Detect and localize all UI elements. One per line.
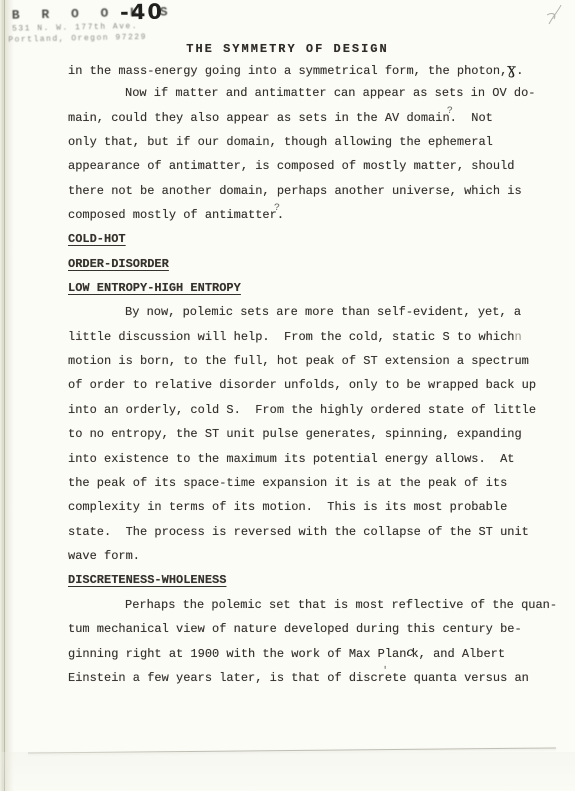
- typed-text: wave form.: [68, 549, 140, 563]
- pencil-scribble-mark: [543, 2, 567, 30]
- typed-text: Einstein a few years later, is that of d…: [68, 671, 392, 685]
- typed-text: little discussion will help. From the co…: [68, 330, 514, 344]
- typed-text: composed mostly of antimatter.: [68, 208, 284, 222]
- page-title: THE SYMMETRY OF DESIGN: [0, 42, 575, 56]
- text-line: there not be another domain, perhaps ano…: [68, 179, 538, 203]
- typed-text: in the mass-energy going into a symmetri…: [68, 64, 507, 78]
- text-line: tum mechanical view of nature developed …: [68, 617, 538, 641]
- text-line: only that, but if our domain, though all…: [68, 130, 538, 154]
- section-heading: DISCRETENESS-WHOLENESS: [68, 568, 538, 592]
- text-line: of order to relative disorder unfolds, o…: [68, 373, 538, 397]
- text-line: Now if matter and antimatter can appear …: [68, 81, 538, 105]
- typed-text: of order to relative disorder unfolds, o…: [68, 378, 536, 392]
- text-line: Perhaps the polemic set that is most ref…: [68, 593, 538, 617]
- text-line: complexity in terms of its motion. This …: [68, 495, 538, 519]
- typed-text: .: [516, 64, 523, 78]
- typed-text: COLD-HOT: [68, 232, 126, 246]
- document-lines: in the mass-energy going into a symmetri…: [68, 57, 538, 690]
- typed-text: into an orderly, cold S. From the highly…: [68, 403, 536, 417]
- page-edge-shadow: [0, 0, 14, 791]
- typed-text: ORDER-DISORDER: [68, 257, 169, 271]
- typed-text: state. The process is reversed with the …: [68, 525, 529, 539]
- handwritten-gamma: ɣ: [507, 57, 517, 82]
- bottom-scan-shade: [0, 752, 575, 791]
- typed-text: DISCRETENESS-WHOLENESS: [68, 573, 226, 587]
- text-line: main, could they also appear as sets in …: [68, 106, 538, 130]
- typed-text: tum mechanical view of nature developed …: [68, 622, 522, 636]
- typed-text: into existence to the maximum its potent…: [68, 452, 514, 466]
- handwritten-insert: c: [406, 640, 411, 664]
- typed-text: appearance of antimatter, is composed of…: [68, 159, 514, 173]
- text-line: state. The process is reversed with the …: [68, 520, 538, 544]
- page-edge-line: [4, 0, 5, 791]
- faint-character: n: [514, 330, 521, 344]
- text-line: the peak of its space-time expansion it …: [68, 471, 538, 495]
- text-line: into existence to the maximum its potent…: [68, 447, 538, 471]
- text-line: motion is born, to the full, hot peak of…: [68, 349, 538, 373]
- text-line: By now, polemic sets are more than self-…: [68, 300, 538, 324]
- text-line: composed mostly of antimatter.?: [68, 203, 538, 227]
- typed-text: only that, but if our domain, though all…: [68, 135, 493, 149]
- typed-text: LOW ENTROPY-HIGH ENTROPY: [68, 281, 241, 295]
- text-line: to no entropy, the ST unit pulse generat…: [68, 422, 538, 446]
- text-line: wave form.: [68, 544, 538, 568]
- scanned-document-page: B R O O K S 531 N. W. 177th Ave. Portlan…: [0, 0, 575, 791]
- section-heading: COLD-HOT: [68, 227, 538, 251]
- typed-text: Perhaps the polemic set that is most ref…: [125, 598, 557, 612]
- typed-text: Now if matter and antimatter can appear …: [125, 86, 535, 100]
- typed-text: te quanta versus an: [392, 671, 529, 685]
- text-line: in the mass-energy going into a symmetri…: [68, 57, 538, 81]
- text-line: into an orderly, cold S. From the highly…: [68, 398, 538, 422]
- text-line: appearance of antimatter, is composed of…: [68, 154, 538, 178]
- typed-text: Not: [457, 111, 493, 125]
- typed-text: the peak of its space-time expansion it …: [68, 476, 507, 490]
- typed-text: ginning right at 1900 with the work of M…: [68, 647, 406, 661]
- section-heading: LOW ENTROPY-HIGH ENTROPY: [68, 276, 538, 300]
- section-heading: ORDER-DISORDER: [68, 252, 538, 276]
- typed-text: complexity in terms of its motion. This …: [68, 500, 507, 514]
- text-line: Einstein a few years later, is that of d…: [68, 666, 538, 690]
- typed-text: to no entropy, the ST unit pulse generat…: [68, 427, 522, 441]
- typed-text: motion is born, to the full, hot peak of…: [68, 354, 529, 368]
- typed-text: there not be another domain, perhaps ano…: [68, 184, 522, 198]
- handwritten-page-number: -40: [120, 0, 164, 24]
- typed-text: By now, polemic sets are more than self-…: [125, 305, 521, 319]
- text-line: ginning right at 1900 with the work of M…: [68, 641, 538, 665]
- text-line: little discussion will help. From the co…: [68, 325, 538, 349]
- typed-text: main, could they also appear as sets in …: [68, 111, 457, 125]
- typed-text: k, and Albert: [411, 647, 505, 661]
